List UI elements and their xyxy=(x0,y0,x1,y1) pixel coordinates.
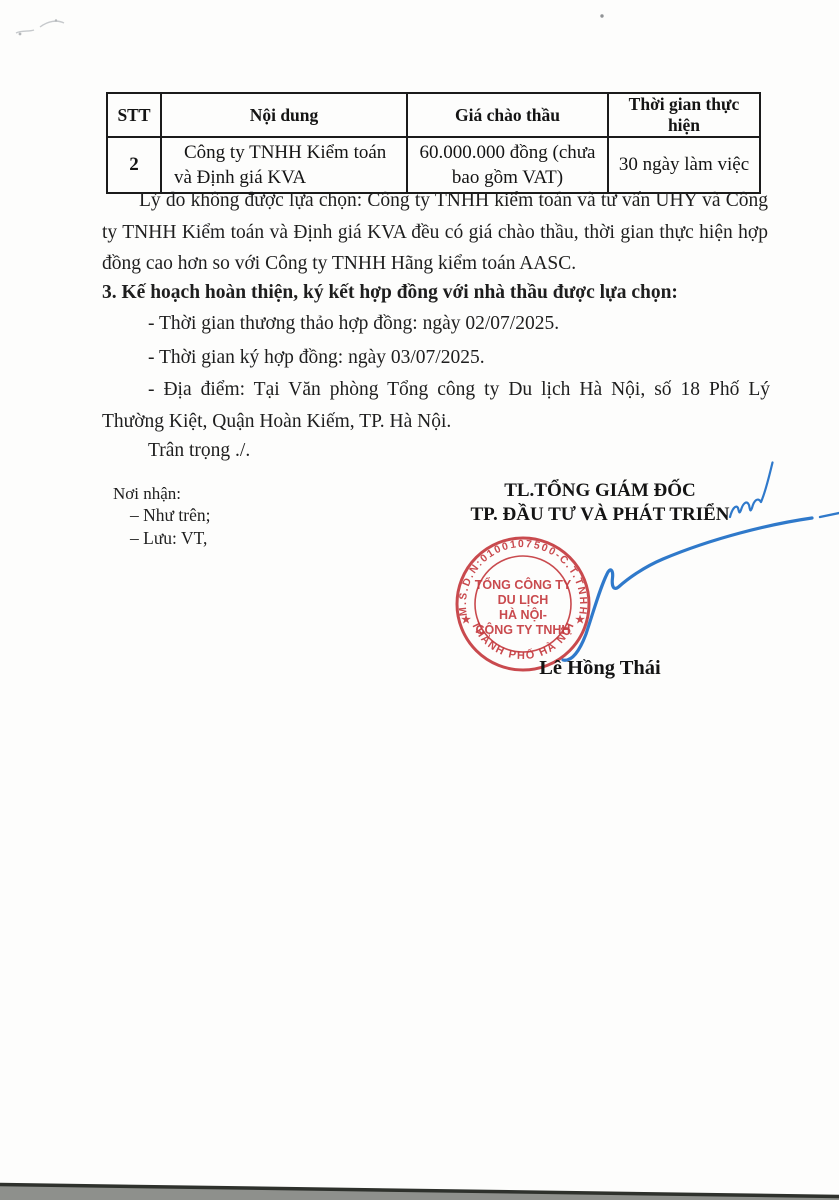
scan-artifact-scratch xyxy=(16,19,64,35)
header-stt: STT xyxy=(107,93,161,137)
scanner-bed-edge xyxy=(0,1185,839,1200)
recipients-item-nhu-tren: – Như trên; xyxy=(130,504,210,527)
section3-item-negotiation-date: - Thời gian thương thảo hợp đồng: ngày 0… xyxy=(102,308,770,340)
recipients-block: Nơi nhận: – Như trên; – Lưu: VT, xyxy=(113,484,210,549)
star-icon: ★ xyxy=(575,614,585,626)
header-gia-chao-thau: Giá chào thầu xyxy=(407,93,608,137)
section3-heading: 3. Kế hoạch hoàn thiện, ký kết hợp đồng … xyxy=(102,282,782,304)
header-thoi-gian: Thời gian thực hiện xyxy=(608,93,760,137)
closing-salutation: Trân trọng ./. xyxy=(148,440,250,462)
scanned-document-page: STT Nội dung Giá chào thầu Thời gian thự… xyxy=(0,0,839,1200)
stamp-center-line4: CÔNG TY TNHH xyxy=(476,622,571,637)
star-icon: ★ xyxy=(461,614,471,626)
bidder-comparison-table: STT Nội dung Giá chào thầu Thời gian thự… xyxy=(106,92,761,194)
stamp-center-line1: TỔNG CÔNG TY xyxy=(475,577,572,592)
recipients-item-luu-vt: – Lưu: VT, xyxy=(130,527,210,550)
table-header-row: STT Nội dung Giá chào thầu Thời gian thự… xyxy=(107,93,760,137)
signature-title-line1: TL.TỔNG GIÁM ĐỐC xyxy=(455,479,745,503)
header-noi-dung: Nội dung xyxy=(161,93,407,137)
stamp-center-line3: HÀ NỘI- xyxy=(499,607,547,622)
stamp-center-line2: DU LỊCH xyxy=(498,593,549,607)
section3-item-signing-date: - Thời gian ký hợp đồng: ngày 03/07/2025… xyxy=(102,342,770,374)
section3-item-location: - Địa điểm: Tại Văn phòng Tổng công ty D… xyxy=(102,374,770,437)
recipients-label: Nơi nhận: xyxy=(113,484,210,504)
reason-paragraph: Lý do không được lựa chọn: Công ty TNHH … xyxy=(102,185,768,280)
scan-artifact-dot xyxy=(600,14,603,17)
signer-name: Lê Hồng Thái xyxy=(455,657,745,680)
